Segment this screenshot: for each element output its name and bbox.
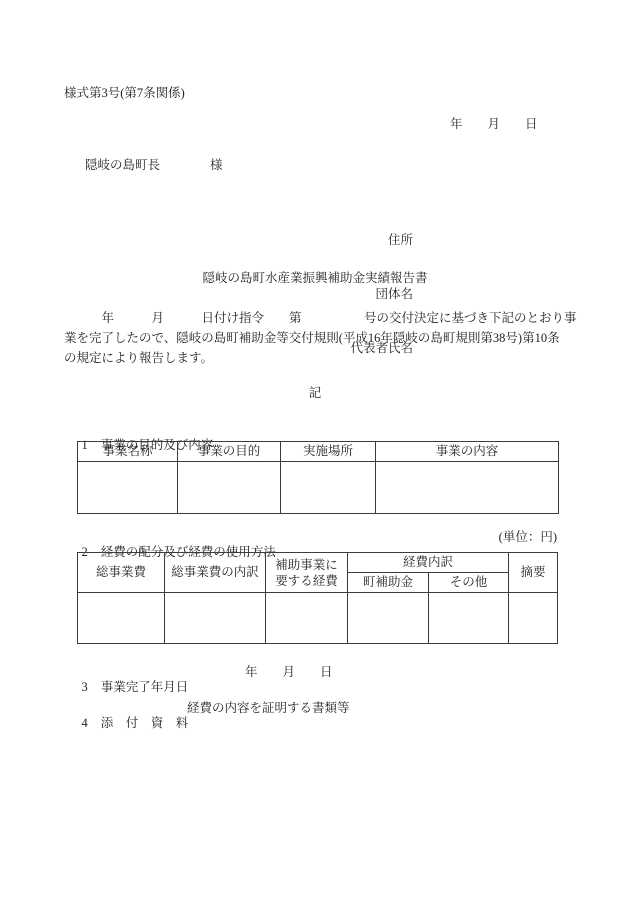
date-line: 年 月 日 xyxy=(450,117,538,132)
section3-number: 3 xyxy=(82,680,88,695)
expense-table-header-subsidy-cost-line2: 要する経費 xyxy=(266,573,347,589)
addressee: 隠岐の島町長 様 xyxy=(85,158,223,173)
expense-table-cell-total xyxy=(78,593,165,644)
sender-address-label: 住所 xyxy=(350,231,413,249)
expense-table-header-subsidy-cost: 補助事業に 要する経費 xyxy=(266,553,348,593)
body-paragraph-line-3: の規定により報告します。 xyxy=(64,351,213,366)
expense-table-header-breakdown: 総事業費の内訳 xyxy=(165,553,266,593)
unit-label: (単位：円) xyxy=(499,530,557,545)
body-paragraph-line-2: 業を完了したので、隠岐の島町補助金等交付規則(平成16年隠岐の島町規則第38号)… xyxy=(64,331,560,346)
section3-label: 事業完了年月日 xyxy=(101,680,189,694)
expense-table-header-total: 総事業費 xyxy=(78,553,165,593)
document-page: 様式第3号(第7条関係) 年 月 日 隠岐の島町長 様 住所 団体名 代表者氏名… xyxy=(0,0,630,915)
project-table-cell-contents xyxy=(376,462,559,514)
expense-table-cell-breakdown xyxy=(165,593,266,644)
expense-table: 総事業費 総事業費の内訳 補助事業に 要する経費 経費内訳 摘要 町補助金 その… xyxy=(77,552,558,644)
sender-block: 住所 団体名 代表者氏名 xyxy=(350,195,413,393)
document-title: 隠岐の島町水産業振興補助金実績報告書 xyxy=(0,271,630,286)
expense-table-header-expense-group: 経費内訳 xyxy=(348,553,509,573)
section4-heading: 4添 付 資 料 xyxy=(69,701,188,746)
attachment-content: 経費の内容を証明する書類等 xyxy=(187,701,350,716)
form-number: 様式第3号(第7条関係) xyxy=(64,86,185,101)
project-table-header-name: 事業名称 xyxy=(78,442,178,462)
expense-table-header-town-subsidy: 町補助金 xyxy=(348,573,429,593)
sender-organization-label: 団体名 xyxy=(350,285,413,303)
project-table-cell-place xyxy=(281,462,376,514)
expense-table-header-other: その他 xyxy=(429,573,509,593)
project-table-cell-purpose xyxy=(178,462,281,514)
expense-table-cell-remarks xyxy=(509,593,558,644)
expense-table-header-remarks: 摘要 xyxy=(509,553,558,593)
project-table-header-purpose: 事業の目的 xyxy=(178,442,281,462)
project-table-cell-name xyxy=(78,462,178,514)
ki-marker: 記 xyxy=(0,386,630,401)
project-table-header-contents: 事業の内容 xyxy=(376,442,559,462)
completion-date-line: 年 月 日 xyxy=(245,665,333,680)
project-table-header-place: 実施場所 xyxy=(281,442,376,462)
section4-number: 4 xyxy=(82,716,88,731)
body-paragraph-line-1: 年 月 日付け指令 第 号の交付決定に基づき下記のとおり事 xyxy=(64,311,577,326)
expense-table-header-subsidy-cost-line1: 補助事業に xyxy=(266,557,347,573)
expense-table-cell-other xyxy=(429,593,509,644)
section4-label: 添 付 資 料 xyxy=(101,716,189,730)
expense-table-cell-subsidy-cost xyxy=(266,593,348,644)
project-table: 事業名称 事業の目的 実施場所 事業の内容 xyxy=(77,441,559,514)
expense-table-cell-town-subsidy xyxy=(348,593,429,644)
